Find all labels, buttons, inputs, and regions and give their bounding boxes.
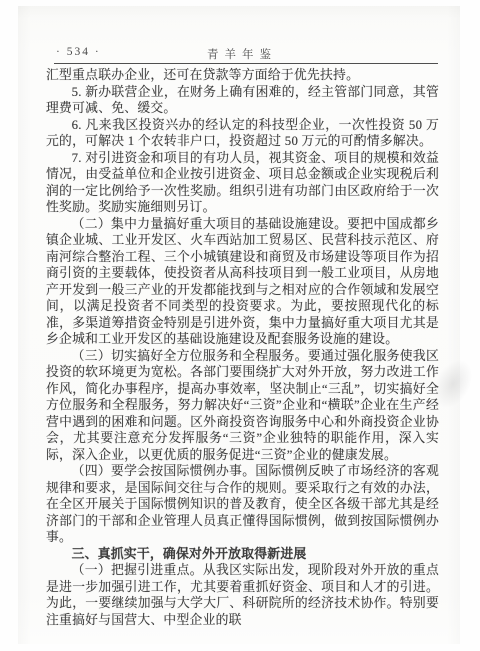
paragraph: （三）切实搞好全方位服务和全程服务。要通过强化服务使我区投资的软环境更为宽松。各… [46,348,439,464]
paragraph: （二）集中力量搞好重大项目的基础设施建设。要把中国成都乡镇企业城、工业开发区、火… [46,216,439,348]
section-heading: 三、真抓实干，确保对外开放取得新进展 [46,546,439,563]
paragraph: 汇型重点联办企业，还可在贷款等方面给于优先扶持。 [46,67,439,84]
document-body: 汇型重点联办企业，还可在贷款等方面给于优先扶持。5. 新办联营企业，在财务上确有… [46,67,439,628]
paragraph: 6. 凡来我区投资兴办的经认定的科技型企业，一次性投资 50 万元的，可解决 1… [46,117,439,150]
page-header: · 534 · 青羊年鉴 [46,44,438,62]
header-rule [54,63,438,64]
paragraph: 7. 对引进资金和项目的有功人员，视其资金、项目的规模和效益情况，由受益单位和企… [46,150,439,216]
screenshot-canvas: · 534 · 青羊年鉴 汇型重点联办企业，还可在贷款等方面给于优先扶持。5. … [0,0,480,651]
paragraph: （一）把握引进重点。从我区实际出发，现阶段对外开放的重点是进一步加强引进工作，尤… [46,562,439,628]
paragraph: 5. 新办联营企业，在财务上确有困难的，经主管部门同意，其管理费可减、免、缓交。 [46,84,439,117]
paragraph: （四）要学会按国际惯例办事。国际惯例反映了市场经济的客观规律和要求，是国际间交往… [46,463,439,546]
journal-title: 青羊年鉴 [46,46,438,62]
scanned-page: · 534 · 青羊年鉴 汇型重点联办企业，还可在贷款等方面给于优先扶持。5. … [18,6,460,644]
